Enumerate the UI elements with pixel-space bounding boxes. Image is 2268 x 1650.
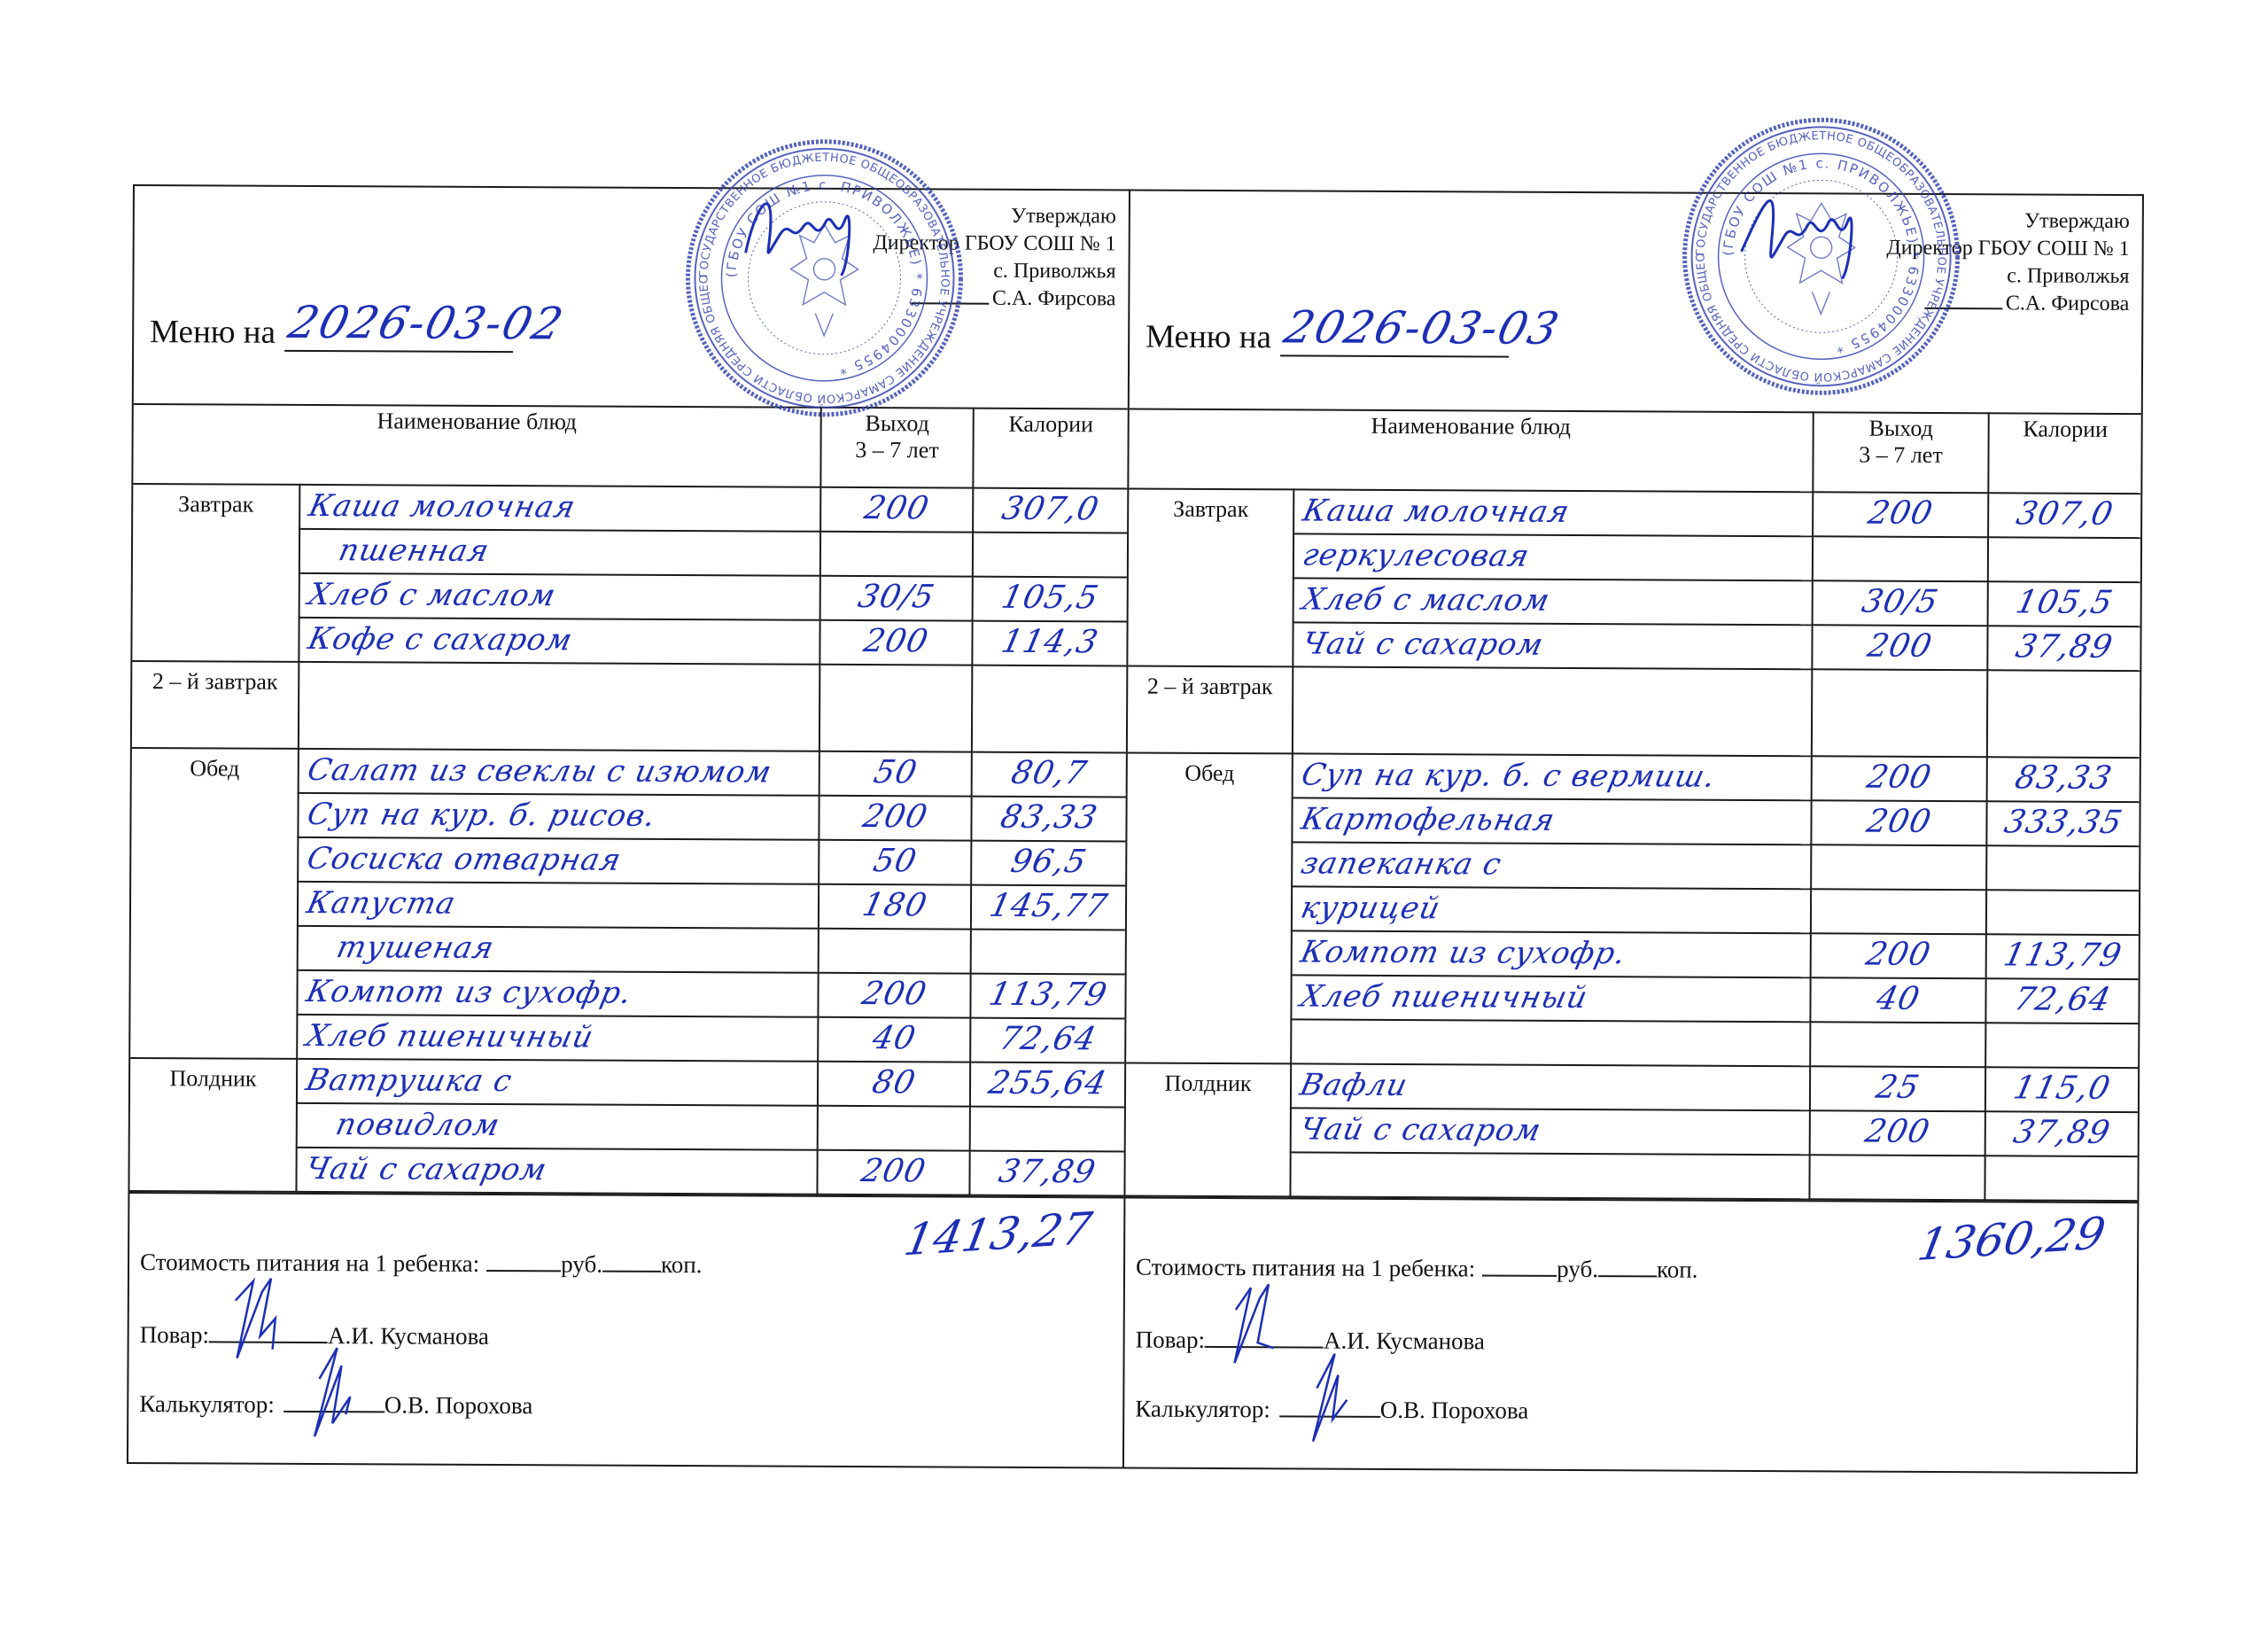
dish-yield: 200 — [816, 621, 975, 663]
approval-line-3: с. Приволжья — [1886, 262, 2129, 291]
dish-name: Картофельная — [1289, 798, 1815, 842]
menu-on-label: Меню на — [1146, 318, 1271, 357]
dish-yield: 200 — [817, 488, 976, 530]
cost-label: Стоимость питания на 1 ребенка: — [140, 1249, 479, 1277]
table-row: ПолдникВатрушка с80255,64 — [130, 1058, 1124, 1107]
table-header-row: Наименование блюд Выход3 – 7 лет Калории — [1129, 408, 2140, 494]
calculator-signature — [283, 1388, 384, 1413]
dish-yield — [1811, 1156, 1984, 1156]
cost-label: Стоимость питания на 1 ребенка: — [1136, 1254, 1475, 1282]
dish-calories-cell: 37,89 — [969, 1151, 1123, 1196]
dish-calories-cell: 113,79 — [1986, 934, 2139, 979]
dish-calories-cell: 307,0 — [973, 488, 1127, 533]
cook-label: Повар: — [140, 1321, 210, 1348]
dish-name-cell: Хлеб пшеничный — [1291, 975, 1810, 1022]
dish-name-cell — [1291, 1019, 1810, 1066]
dish-yield-cell: 50 — [819, 751, 972, 797]
dish-yield — [1813, 670, 1986, 671]
dish-calories: 96,5 — [967, 842, 1130, 883]
dish-calories-cell: 72,64 — [970, 1018, 1124, 1063]
dish-yield-cell — [1809, 1155, 1984, 1200]
approval-block: Утверждаю Директор ГБОУ СОШ № 1 с. Приво… — [1886, 207, 2130, 318]
dish-yield: 200 — [815, 974, 975, 1016]
dish-calories-cell: 72,64 — [1985, 978, 2138, 1023]
calculator-name: О.В. Порохова — [384, 1391, 533, 1419]
menu-table: Наименование блюд Выход3 – 7 лет Калории… — [129, 403, 1127, 1196]
dish-calories: 307,0 — [969, 489, 1131, 531]
dish-name: Ватрушка с — [293, 1060, 821, 1103]
dish-calories: 105,5 — [969, 578, 1131, 619]
dish-yield-cell: 200 — [817, 1150, 969, 1195]
menu-table: Наименование блюд Выход3 – 7 лет Калории… — [1125, 408, 2140, 1202]
menu-body: ЗавтракКаша молочная200307,0геркулесовая… — [1125, 488, 2140, 1201]
dish-calories: 113,79 — [1983, 935, 2143, 977]
calculator-label: Калькулятор: — [1135, 1396, 1270, 1423]
dish-calories — [1988, 671, 2140, 672]
dish-calories-cell: 255,64 — [970, 1062, 1124, 1108]
dish-name-cell: Ватрушка с — [297, 1059, 818, 1106]
column-header-dish: Наименование блюд — [133, 403, 820, 487]
dish-calories: 114,3 — [968, 622, 1130, 664]
dish-calories: 37,89 — [1984, 627, 2144, 668]
kop-label: коп. — [1657, 1256, 1698, 1282]
dish-yield-cell — [1811, 889, 1986, 934]
dish-calories: 80,7 — [968, 753, 1130, 795]
dish-yield — [1811, 1023, 1984, 1023]
yield-age-label: 3 – 7 лет — [1814, 441, 1987, 469]
dish-calories: 255,64 — [967, 1063, 1129, 1105]
dish-calories: 83,33 — [1984, 758, 2144, 799]
dish-calories: 37,89 — [1982, 1112, 2142, 1154]
dish-calories: 37,89 — [967, 1152, 1129, 1194]
rub-label: руб. — [561, 1250, 602, 1277]
dish-yield-cell: 200 — [818, 973, 970, 1018]
dish-name: Чай с сахаром — [1287, 1109, 1814, 1152]
panel-footer: Стоимость питания на 1 ребенка:руб.коп. … — [1124, 1196, 2137, 1472]
dish-calories: 115,0 — [1982, 1068, 2142, 1109]
dish-yield-cell: 40 — [1810, 977, 1985, 1023]
director-name: С.А. Фирсова — [992, 287, 1116, 311]
dish-yield-cell: 40 — [818, 1017, 970, 1062]
meal-label: Обед — [130, 748, 299, 1059]
dish-name: Хлеб с маслом — [1290, 579, 1816, 622]
calculator-signature — [1279, 1392, 1380, 1418]
dish-calories — [1986, 1156, 2138, 1157]
dish-name-cell: Хлеб с маслом — [299, 573, 820, 620]
date-field: 2026-03-02 — [284, 311, 513, 353]
dish-yield-cell: 30/5 — [1813, 580, 1988, 626]
dish-name-cell: Салат из свеклы с изюмом — [299, 749, 819, 796]
panel-header: Меню на 2026-03-02 Утверждаю Директор ГБ… — [134, 186, 1129, 409]
approval-line-4: С.А. Фирсова — [1886, 290, 2129, 318]
dish-calories: 333,35 — [1984, 802, 2144, 844]
date-field: 2026-03-03 — [1280, 315, 1509, 357]
dish-yield-cell: 25 — [1810, 1066, 1985, 1111]
dish-yield-cell: 30/5 — [820, 576, 973, 621]
menu-title: Меню на 2026-03-03 — [1146, 315, 1509, 358]
dish-yield-cell: 200 — [820, 487, 973, 533]
menu-panel-day-2: Меню на 2026-03-03 Утверждаю Директор ГБ… — [1124, 191, 2142, 1473]
dish-name: Кофе с сахаром — [295, 619, 823, 662]
dish-yield: 80 — [814, 1062, 974, 1104]
dish-yield: 30/5 — [1809, 581, 1992, 623]
calculator-signature-row: Калькулятор:О.В. Порохова — [1135, 1392, 1528, 1425]
dish-yield-cell: 200 — [819, 796, 971, 841]
dish-calories-cell: 333,35 — [1986, 801, 2139, 846]
dish-calories-cell — [1986, 845, 2139, 891]
approval-block: Утверждаю Директор ГБОУ СОШ № 1 с. Приво… — [873, 202, 1116, 313]
dish-calories-cell: 83,33 — [971, 797, 1125, 842]
cost-line: Стоимость питания на 1 ребенка:руб.коп. — [140, 1247, 703, 1279]
dish-name-cell: Суп на кур. б. с вермиш. — [1293, 753, 1812, 800]
dish-yield-cell: 200 — [1810, 1110, 1985, 1156]
dish-calories — [1986, 1023, 2138, 1024]
dish-yield: 25 — [1806, 1067, 1989, 1109]
dish-calories: 83,33 — [968, 798, 1130, 839]
dish-calories-cell: 113,79 — [970, 974, 1124, 1019]
yield-age-label: 3 – 7 лет — [821, 437, 972, 464]
dish-name: Вафли — [1287, 1064, 1814, 1108]
dish-yield-cell: 200 — [1811, 800, 1986, 845]
menu-body: ЗавтракКаша молочная200307,0пшеннаяХлеб … — [129, 484, 1127, 1195]
dish-yield — [1814, 537, 1987, 538]
dish-yield: 200 — [1808, 801, 1991, 843]
dish-calories-cell: 145,77 — [971, 885, 1125, 930]
dish-name-cell: Суп на кур. б. рисов. — [298, 793, 819, 840]
dish-calories: 72,64 — [967, 1019, 1129, 1061]
dish-yield: 180 — [815, 885, 975, 927]
dish-calories-cell — [1984, 1156, 2137, 1201]
dish-name-cell: Вафли — [1291, 1063, 1810, 1110]
dish-calories-cell — [971, 930, 1125, 975]
dish-name: Каша молочная — [1290, 490, 1816, 533]
dish-name: Хлеб с маслом — [296, 574, 824, 618]
dish-name-cell — [299, 662, 819, 751]
dish-name-cell: тушеная — [298, 926, 819, 973]
dish-yield: 200 — [1808, 757, 1991, 798]
dish-name-cell: Кофе с сахаром — [299, 618, 819, 665]
dish-name: Салат из свеклы с изюмом — [295, 750, 823, 793]
dish-yield-cell: 200 — [819, 620, 972, 665]
meal-label: Полдник — [1125, 1062, 1291, 1196]
kop-blank — [1598, 1254, 1657, 1277]
dish-name: геркулесовая — [1290, 534, 1816, 578]
dish-name-cell: запеканка с — [1292, 842, 1811, 889]
dish-calories-cell: 96,5 — [971, 841, 1125, 886]
dish-yield: 200 — [816, 797, 975, 838]
dish-yield-cell — [819, 665, 972, 752]
column-header-dish: Наименование блюд — [1129, 408, 1813, 492]
dish-name: Капуста — [294, 883, 822, 926]
dish-yield — [819, 930, 970, 930]
cook-label: Повар: — [1136, 1327, 1206, 1353]
dish-yield-cell: 80 — [818, 1062, 970, 1107]
approval-line-1: Утверждаю — [873, 202, 1115, 230]
menu-title: Меню на 2026-03-02 — [150, 310, 513, 353]
dish-calories-cell: 37,89 — [1985, 1111, 2138, 1156]
dish-calories — [974, 533, 1127, 534]
dish-calories-cell: 307,0 — [1988, 493, 2140, 538]
dish-name-cell: Сосиска отварная — [298, 837, 819, 884]
dish-yield-cell — [818, 1106, 970, 1151]
dish-calories: 307,0 — [1984, 494, 2145, 535]
table-row: ЗавтракКаша молочная200307,0 — [1129, 488, 2140, 538]
table-row: ПолдникВафли25115,0 — [1126, 1062, 2138, 1112]
dish-name-cell — [1290, 1152, 1809, 1199]
dish-yield: 200 — [814, 1151, 974, 1193]
dish-calories — [1987, 846, 2139, 847]
approval-line-2: Директор ГБОУ СОШ № 1 — [873, 230, 1115, 258]
kop-blank — [602, 1249, 661, 1273]
cook-signature — [209, 1318, 328, 1343]
dish-name: Компот из сухофр. — [294, 971, 822, 1015]
kop-label: коп. — [661, 1251, 703, 1278]
menu-on-label: Меню на — [150, 313, 276, 352]
table-header-row: Наименование блюд Выход3 – 7 лет Калории — [133, 403, 1127, 488]
dish-name: Чай с сахаром — [293, 1148, 821, 1192]
table-row: ОбедСалат из свеклы с изюмом5080,7 — [132, 748, 1126, 797]
dish-calories-cell — [973, 533, 1127, 578]
panel-footer: Стоимость питания на 1 ребенка:руб.коп. … — [128, 1192, 1123, 1467]
menu-panel-day-1: Меню на 2026-03-02 Утверждаю Директор ГБ… — [128, 186, 1130, 1467]
director-name: С.А. Фирсова — [2006, 292, 2130, 315]
dish-name-cell: Чай с сахаром — [296, 1148, 817, 1195]
dish-name: Компот из сухофр. — [1288, 931, 1814, 975]
dish-calories-cell: 83,33 — [1987, 757, 2140, 802]
dish-name-cell: Хлеб с маслом — [1293, 578, 1813, 625]
meal-label: 2 – й завтрак — [1128, 665, 1293, 753]
dish-name: Сосиска отварная — [294, 838, 822, 882]
dish-name: Хлеб пшеничный — [293, 1016, 821, 1059]
dish-name-cell: Каша молочная — [299, 485, 820, 532]
table-row: ОбедСуп на кур. б. с вермиш.20083,33 — [1128, 752, 2140, 802]
calculator-signature-row: Калькулятор:О.В. Порохова — [139, 1387, 532, 1420]
dish-name-cell — [1293, 666, 1812, 756]
dish-yield-cell: 200 — [1811, 933, 1986, 978]
approval-line-4: С.А. Фирсова — [873, 284, 1115, 313]
dish-calories-cell — [972, 665, 1126, 753]
dish-name: Чай с сахаром — [1289, 623, 1815, 666]
dish-calories-cell: 37,89 — [1987, 626, 2140, 671]
approval-line-1: Утверждаю — [1886, 207, 2129, 236]
table-row: 2 – й завтрак — [1128, 665, 2140, 758]
table-row: ЗавтракКаша молочная200307,0 — [133, 484, 1127, 533]
dish-name-cell: Компот из сухофр. — [297, 970, 818, 1017]
dish-name-cell: Чай с сахаром — [1291, 1108, 1810, 1155]
dish-name: курицей — [1288, 887, 1814, 930]
meal-label: Обед — [1126, 752, 1293, 1063]
meal-label: Полдник — [129, 1058, 297, 1192]
dish-yield: 40 — [814, 1018, 974, 1060]
dish-yield: 200 — [1808, 626, 1991, 667]
dish-name-cell: Хлеб пшеничный — [297, 1015, 818, 1062]
cook-signature — [1205, 1323, 1324, 1349]
meal-label: Завтрак — [1128, 488, 1293, 666]
dish-calories — [973, 666, 1126, 667]
dish-yield-cell: 200 — [1813, 492, 1988, 537]
cost-total: 1413,27 — [901, 1202, 1097, 1265]
column-header-calories: Калории — [1988, 412, 2140, 494]
meal-label: Завтрак — [132, 484, 299, 662]
dish-yield-cell — [1811, 844, 1986, 890]
panel-header: Меню на 2026-03-03 Утверждаю Директор ГБ… — [1130, 191, 2142, 416]
dish-yield — [1812, 890, 1985, 891]
dish-calories-cell: 105,5 — [973, 577, 1127, 622]
approval-line-2: Директор ГБОУ СОШ № 1 — [1886, 235, 2129, 263]
calculator-label: Калькулятор: — [139, 1390, 275, 1418]
column-header-yield: Выход3 – 7 лет — [820, 407, 973, 488]
menu-date: 2026-03-03 — [1279, 301, 1565, 354]
cost-total: 1360,29 — [1915, 1208, 2110, 1271]
dish-yield-cell — [819, 929, 971, 974]
dish-calories: 145,77 — [967, 886, 1130, 928]
dish-yield: 200 — [1807, 934, 1990, 976]
approval-line-3: с. Приволжья — [873, 257, 1115, 285]
dish-calories-cell: 114,3 — [972, 621, 1126, 666]
dish-calories-cell — [1988, 537, 2140, 582]
calculator-name: О.В. Порохова — [1380, 1397, 1529, 1424]
dish-calories-cell: 105,5 — [1988, 581, 2140, 627]
dish-name-cell: повидлом — [297, 1103, 818, 1150]
dish-name: Суп на кур. б. рисов. — [295, 794, 823, 837]
dish-yield-cell: 50 — [819, 840, 971, 885]
dish-yield — [820, 665, 971, 666]
table-row: 2 – й завтрак — [132, 661, 1126, 752]
director-signature-line — [911, 302, 989, 304]
dish-yield: 30/5 — [817, 577, 976, 619]
dish-yield: 200 — [1806, 1111, 1989, 1153]
dish-yield: 200 — [1809, 493, 1992, 534]
dish-calories — [1989, 538, 2140, 539]
rub-label: руб. — [1557, 1256, 1598, 1282]
dish-yield-cell — [1812, 669, 1987, 757]
dish-yield-cell: 200 — [1812, 756, 1987, 801]
dish-name-cell: Капуста — [298, 882, 819, 929]
rub-blank — [486, 1249, 561, 1272]
dish-yield: 50 — [815, 841, 975, 883]
dish-calories-cell: 80,7 — [972, 752, 1126, 798]
dish-calories: 113,79 — [967, 975, 1130, 1016]
dish-yield-cell — [820, 532, 973, 577]
dish-yield-cell — [1810, 1022, 1985, 1067]
dish-name: Каша молочная — [296, 486, 824, 529]
dish-name: тушеная — [294, 927, 822, 970]
dish-yield-cell: 200 — [1812, 625, 1987, 670]
dish-calories-cell — [1986, 890, 2139, 935]
dish-calories: 72,64 — [1983, 979, 2143, 1021]
dish-name-cell: Каша молочная — [1293, 489, 1813, 536]
dish-name-cell: пшенная — [299, 529, 820, 576]
dish-yield-cell — [1813, 536, 1988, 581]
dish-calories-cell — [1987, 670, 2140, 758]
menu-sheet: Меню на 2026-03-02 Утверждаю Директор ГБ… — [127, 184, 2144, 1474]
dish-yield — [1812, 845, 1985, 846]
dish-yield: 50 — [816, 752, 975, 794]
dish-calories-cell — [1985, 1023, 2138, 1068]
dish-name-cell: геркулесовая — [1293, 533, 1813, 580]
dish-calories — [1987, 891, 2139, 891]
director-signature-line — [1924, 307, 2002, 309]
yield-label: Выход — [1814, 415, 1988, 442]
dish-name: пшенная — [296, 530, 824, 573]
dish-yield: 40 — [1807, 978, 1990, 1020]
dish-name-cell: курицей — [1292, 886, 1811, 933]
dish-name: повидлом — [293, 1104, 821, 1148]
yield-label: Выход — [822, 410, 973, 438]
dish-yield — [819, 1107, 969, 1108]
dish-calories-cell — [970, 1107, 1124, 1152]
dish-name: Суп на кур. б. с вермиш. — [1289, 754, 1815, 798]
dish-calories: 105,5 — [1984, 582, 2145, 624]
column-header-yield: Выход3 – 7 лет — [1813, 411, 1988, 493]
dish-name-cell: Картофельная — [1292, 798, 1811, 844]
menu-frame: Меню на 2026-03-02 Утверждаю Директор ГБ… — [127, 184, 2144, 1474]
column-header-calories: Калории — [973, 408, 1127, 489]
dish-name: Хлеб пшеничный — [1288, 976, 1814, 1019]
cost-line: Стоимость питания на 1 ребенка:руб.коп. — [1136, 1252, 1698, 1284]
menu-date: 2026-03-02 — [283, 297, 570, 349]
dish-yield-cell: 180 — [819, 884, 971, 930]
dish-calories — [971, 1108, 1124, 1109]
rub-blank — [1482, 1253, 1557, 1276]
dish-calories-cell: 115,0 — [1985, 1067, 2138, 1112]
dish-name-cell: Чай с сахаром — [1293, 622, 1812, 669]
meal-label: 2 – й завтрак — [132, 661, 299, 749]
dish-yield — [821, 533, 972, 533]
dish-name-cell: Компот из сухофр. — [1292, 930, 1811, 977]
dish-calories — [972, 930, 1125, 931]
dish-name: запеканка с — [1288, 843, 1814, 886]
